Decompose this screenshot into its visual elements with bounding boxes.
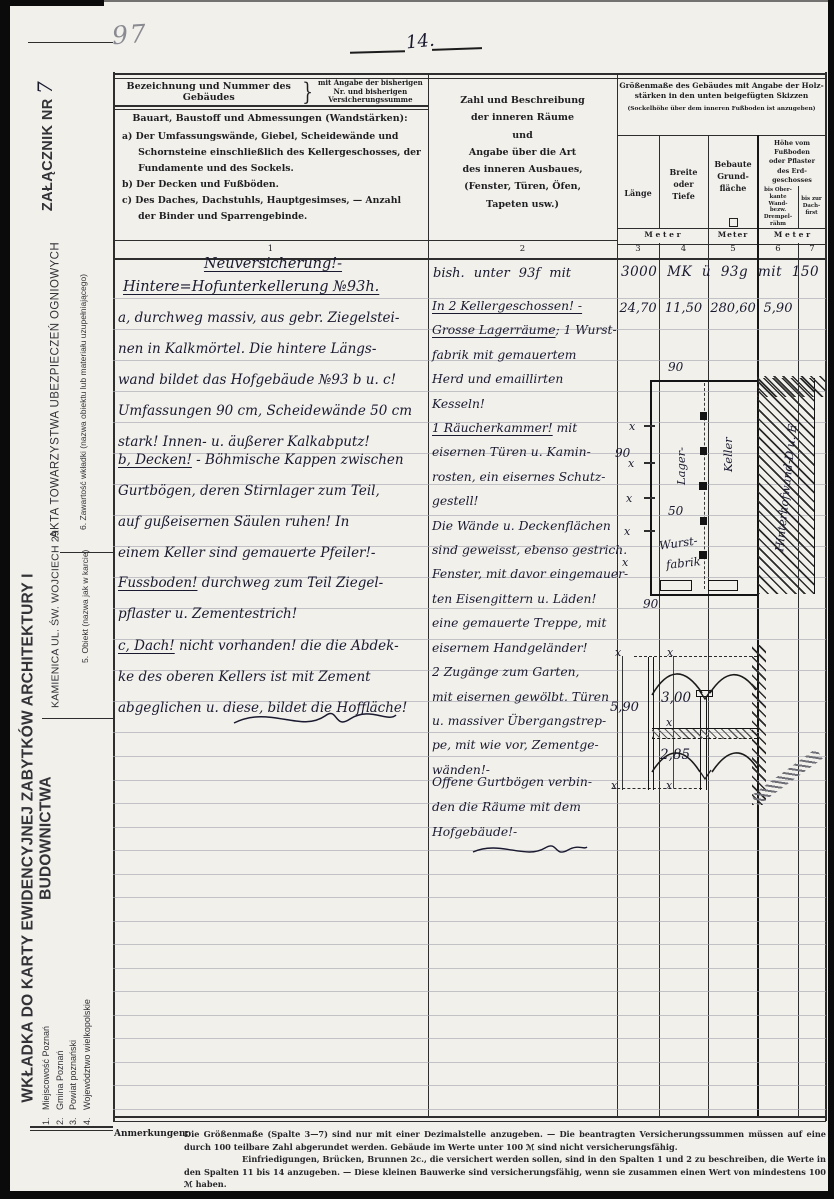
ruled-line: [113, 968, 826, 969]
col5-col6-divider: [757, 135, 759, 1116]
col67-header-line: oder Pflaster: [758, 157, 826, 166]
ruled-line: [113, 1109, 826, 1110]
col1-header-rule-a: [113, 105, 428, 107]
col3-header: Länge: [617, 188, 659, 198]
section-dim-height: 5,90: [610, 700, 639, 715]
section-x-mark-4: x: [611, 779, 617, 792]
section-x-mark-1: x: [615, 646, 621, 659]
col6-number: 6: [758, 244, 798, 254]
col6-header-line: rähm: [758, 221, 798, 228]
col5-header-line: Bebaute: [708, 158, 758, 170]
entry-fussboden-line: pflaster u. Zementestrich!: [118, 599, 426, 630]
entry-col2-line: Fenster, mit davor eingemauer-: [432, 562, 616, 586]
ruled-line: [113, 991, 826, 992]
col4-number: 4: [659, 244, 708, 254]
plan-wall-tick-1: [644, 425, 655, 427]
entry-b-line: einem Keller sind gemauerte Pfeiler!-: [118, 538, 426, 569]
flourish-col2: [470, 838, 590, 860]
table-top-rule-a: [113, 73, 826, 75]
plan-room-label-lager: Lager-: [674, 433, 688, 485]
col5-header: BebauteGrund-fläche: [708, 158, 758, 194]
col6-header-line: bis Ober-: [758, 187, 798, 194]
sidebar-divider-top: [28, 42, 113, 43]
entry-sum-row: 3000 MK ü 93g mit 150: [621, 264, 825, 280]
bauart-lines: a) Der Umfassungswände, Giebel, Scheidew…: [122, 129, 424, 225]
entry-col2-line: pe, mit wie vor, Zementge-: [432, 733, 616, 757]
col4-header-line: Breite: [659, 166, 708, 178]
col4-header-line: Tiefe: [659, 190, 708, 202]
col1-header-brace: }: [303, 78, 314, 106]
plan-wall-tick-3: [644, 497, 655, 499]
bauart-line: b) Der Decken und Fußböden.: [122, 177, 424, 193]
plan-x-mark-5: x: [622, 556, 628, 569]
entry-fussboden-line: Fussboden! durchweg zum Teil Ziegel-: [118, 568, 426, 599]
plan-x-mark-1: x: [629, 420, 635, 433]
ruled-line: [113, 1062, 826, 1063]
entry-b-line: b, Decken! - Böhmische Kappen zwischen: [118, 445, 426, 476]
ruled-line: [113, 874, 826, 875]
col2-header-line: Tapeten usw.): [432, 196, 613, 213]
entry-col2-main: In 2 Kellergeschossen! -Grosse Lagerräum…: [432, 294, 616, 782]
table-bottom-rule-b: [113, 1121, 826, 1122]
col2-header-line: Zahl und Beschreibung: [432, 92, 613, 109]
sidebar-item-6: 6. Zawartość wkładki (nazwa obiektu lub …: [78, 140, 90, 530]
col2-header-line: Angabe über die Art: [432, 144, 613, 161]
meter-top-rule: [617, 228, 826, 229]
bauart-line: Fundamente und des Sockels.: [122, 161, 424, 177]
plan-pier-4: [700, 517, 707, 525]
bauart-line: a) Der Umfassungswände, Giebel, Scheidew…: [122, 129, 424, 145]
entry-col2-end: Offene Gurtbögen verbin-den die Räume mi…: [432, 770, 616, 845]
col1-col2-divider: [428, 73, 429, 1118]
ruled-line: [113, 944, 826, 945]
sidebar-divider-bottom-b: [30, 1130, 113, 1131]
sidebar-location-items: 1. Miejscowość Poznań2. Gmina Poznań3. P…: [40, 935, 94, 1125]
section-x-mark-5: x: [666, 779, 672, 792]
plan-room-label-keller: Keller: [721, 422, 735, 472]
entry-col2-line: Herd und emaillirten: [432, 367, 616, 391]
entry-col2-end-line: Offene Gurtbögen verbin-: [432, 770, 616, 795]
ruled-line: [113, 921, 826, 922]
col6-header-line: kante: [758, 194, 798, 201]
col1-header-rule-b: [113, 109, 428, 110]
entry-a-line: nen in Kalkmörtel. Die hintere Längs-: [118, 334, 426, 365]
ruled-line: [113, 1015, 826, 1016]
ruled-line: [113, 1085, 826, 1086]
scan-edge-right: [828, 0, 834, 1199]
plan-dim-mid: 50: [668, 504, 683, 518]
entry-a-line: a, durchweg massiv, aus gebr. Ziegelstei…: [118, 303, 426, 334]
sidebar-item-5: 5. Obiekt (nazwa jak w karcie): [80, 513, 92, 663]
section-dim-upper: 3,00: [661, 690, 691, 706]
plan-x-mark-4: x: [624, 525, 630, 538]
attachment-label-text: ZAŁĄCZNIK NR: [40, 98, 56, 211]
entry-col2-end-line: den die Räume mit dem: [432, 795, 616, 820]
footer-para2: Einfriedigungen, Brücken, Brunnen 2c., d…: [184, 1153, 826, 1191]
sidebar-akta-title: AKTA TOWARZYSTWA UBEZPIECZEŃ OGNIOWYCH: [50, 223, 66, 558]
plan-x-mark-2: x: [628, 457, 634, 470]
bauart-line: Schornsteine einschließlich des Kellerge…: [122, 145, 424, 161]
col5-header-line: Grund-: [708, 170, 758, 182]
footer-para1: Die Größenmaße (Spalte 3—7) sind nur mit…: [184, 1128, 826, 1153]
entry-col2-line: fabrik mit gemauertem: [432, 343, 616, 367]
entry-col2-line: eine gemauerte Treppe, mit: [432, 611, 616, 635]
meter-label-67: M e t e r: [758, 230, 826, 239]
entry-b: b, Decken! - Böhmische Kappen zwischenGu…: [118, 445, 426, 569]
col5-number: 5: [708, 244, 758, 254]
entry-b-line: Gurtbögen, deren Stirnlager zum Teil,: [118, 476, 426, 507]
flourish-col1: [230, 703, 400, 733]
entry-a: a, durchweg massiv, aus gebr. Ziegelstei…: [118, 303, 426, 458]
entry-col2-line: 2 Zugänge zum Garten,: [432, 660, 616, 684]
size-subtitle: (Sockelhöhe über dem inneren Fußboden is…: [619, 104, 824, 114]
plan-hatched-top-strip: [757, 376, 826, 397]
entry-title-line: Hintere=Hofunterkellerung №93h.: [123, 276, 423, 299]
entry-note-row: bish. unter 93f mit: [433, 266, 615, 281]
size-header-rule: [617, 135, 826, 136]
col6-header-line: Drempel-: [758, 214, 798, 221]
sidebar-main-title: WKŁADKA DO KARTY EWIDENCYJNEJ ZABYTKÓW A…: [20, 531, 42, 1146]
col1-header: Bezeichnung und Nummer des Gebäudes } mi…: [117, 79, 425, 105]
value-grundflaeche: 280,60: [708, 301, 758, 316]
col7-header: bis zurDach-first: [798, 196, 825, 217]
col5-header-line: fläche: [708, 182, 758, 194]
plan-wall-tick-4: [644, 530, 655, 532]
entry-col2-line: eisernem Handgeländer!: [432, 636, 616, 660]
bauart-line: c) Des Daches, Dachstuhls, Hauptgesimses…: [122, 193, 424, 209]
plan-pier-3: [699, 482, 707, 490]
bauart-title: Bauart, Baustoff und Abmessungen (Wandst…: [120, 113, 420, 124]
entry-col2-line: gestell!: [432, 489, 616, 513]
size-header-title: Größenmaße des Gebäudes mit Angabe der H…: [619, 81, 824, 114]
meter-label-34: M e t e r: [617, 230, 708, 239]
col67-header-line: des Erd-: [758, 167, 826, 176]
entry-b-line: auf gußeisernen Säulen ruhen! In: [118, 507, 426, 538]
col6-header-line: bezw.: [758, 207, 798, 214]
entry-col2-line: 1 Räucherkammer! mit: [432, 416, 616, 440]
section-hatched-wall: [752, 645, 766, 805]
value-laenge: 24,70: [617, 301, 659, 316]
attachment-number-handwritten: 7: [33, 81, 57, 94]
pencil-number: 97: [111, 19, 149, 50]
entry-col2-line: In 2 Kellergeschossen! -: [432, 294, 616, 318]
entry-col2-line: Die Wände u. Deckenflächen: [432, 514, 616, 538]
col2-header-line: und: [432, 127, 613, 144]
section-x-mark-2: x: [667, 646, 673, 659]
col1-header-right: mit Angabe der bisherigen Nr. und bisher…: [316, 79, 425, 105]
sidebar-divider-bottom-a: [30, 1126, 113, 1128]
ruled-line: [113, 897, 826, 898]
plan-x-mark-3: x: [626, 492, 632, 505]
entry-col2-line: eisernen Türen u. Kamin-: [432, 440, 616, 464]
value-breite: 11,50: [659, 301, 708, 316]
section-vault-arcs: [610, 640, 830, 810]
sidebar-location-item: 4. Województwo wielkopolskie: [81, 935, 95, 1125]
sidebar-location-item: 1. Miejscowość Poznań: [40, 935, 54, 1125]
plan-opening-2: [708, 580, 738, 591]
col6-header: bis Ober-kanteWand-bezw.Drempel-rähm: [758, 187, 798, 228]
col7-header-line: Dach-: [798, 203, 825, 210]
col2-number: 2: [428, 244, 617, 254]
attachment-label: ZAŁĄCZNIK NR 7: [33, 71, 57, 221]
table-left-border: [113, 72, 115, 1121]
plan-dim-top: 90: [668, 360, 683, 374]
col67-header-line: geschosses: [758, 176, 826, 185]
entry-c-line: ke des oberen Kellers ist mit Zement: [118, 662, 426, 693]
col4-header: BreiteoderTiefe: [659, 166, 708, 202]
col4-col5-divider: [708, 135, 709, 1116]
section-dim-lower: 2,85: [660, 747, 690, 763]
scanned-insurance-form: ZAŁĄCZNIK NR 7 6. Zawartość wkładki (naz…: [0, 0, 834, 1199]
bauart-line: der Binder und Sparrengebinde.: [122, 209, 424, 225]
plan-opening-1: [660, 580, 692, 591]
plan-dim-bottom: 90: [643, 597, 658, 611]
col67-header-line: Höhe vom: [758, 139, 826, 148]
sidebar-divider-2: [42, 718, 113, 719]
entry-col2-line: mit eisernen gewölbt. Türen: [432, 685, 616, 709]
scan-edge-left: [0, 0, 10, 1199]
section-x-mark-3: x: [666, 716, 672, 729]
entry-c-line: c, Dach! nicht vorhanden! die die Abdek-: [118, 631, 426, 662]
entry-col2-line: ten Eisengittern u. Läden!: [432, 587, 616, 611]
col7-header-line: bis zur: [798, 196, 825, 203]
col2-header-line: der inneren Räume: [432, 109, 613, 126]
size-title-line1: Größenmaße des Gebäudes mit Angabe der H…: [619, 81, 824, 91]
entry-col2-line: Grosse Lagerräume; 1 Wurst-: [432, 318, 616, 342]
col1-header-left: Bezeichnung und Nummer des Gebäudes: [117, 81, 300, 104]
scan-edge-top-left: [0, 0, 104, 6]
plan-pier-1: [700, 412, 707, 420]
scan-edge-bottom: [0, 1191, 834, 1199]
col7-number: 7: [798, 244, 826, 254]
sidebar-location-item: 2. Gmina Poznań: [54, 935, 68, 1125]
sidebar-location-item: 3. Powiat poznański: [67, 935, 81, 1125]
sidebar-object-name: KAMIENICA UL. ŚW. WOJCIECH 29: [50, 527, 64, 712]
value-hoehe: 5,90: [758, 301, 798, 316]
col6-header-line: Wand-: [758, 201, 798, 208]
entry-fussboden: Fussboden! durchweg zum Teil Ziegel-pfla…: [118, 568, 426, 630]
footer-label: Anmerkungen:: [114, 1129, 189, 1139]
plan-pier-2: [700, 447, 707, 455]
footer-notes: Die Größenmaße (Spalte 3—7) sind nur mit…: [184, 1128, 826, 1191]
entry-a-line: Umfassungen 90 cm, Scheidewände 50 cm: [118, 396, 426, 427]
col2-header: Zahl und Beschreibungder inneren Räumeun…: [432, 92, 613, 213]
col7-header-line: first: [798, 210, 825, 217]
table-bottom-rule-a: [113, 1116, 826, 1118]
col4-header-line: oder: [659, 178, 708, 190]
ruled-line: [113, 1038, 826, 1039]
size-title-line2: stärken in den unten beigefügten Skizzen: [619, 91, 824, 101]
page-number-dash-left: [350, 50, 405, 53]
col67-header: Höhe vomFußbodenoder Pflasterdes Erd-ges…: [758, 139, 826, 185]
col2-header-line: (Fenster, Türen, Öfen,: [432, 178, 613, 195]
entry-a-line: wand bildet das Hofgebäude №93 b u. c!: [118, 365, 426, 396]
entry-title: Neuversicherung!-Hintere=Hofunterkelleru…: [123, 253, 423, 299]
entry-col2-line: u. massiver Übergangstrep-: [432, 709, 616, 733]
scan-edge-top: [0, 0, 834, 2]
entry-col2-line: Kesseln!: [432, 392, 616, 416]
col12-number-rule: [113, 240, 617, 241]
square-meter-icon: [729, 218, 738, 227]
entry-col2-line: sind geweisst, ebenso gestrich.: [432, 538, 616, 562]
entry-title-line: Neuversicherung!-: [123, 253, 423, 276]
col67-header-line: Fußboden: [758, 148, 826, 157]
page-number-dash-right: [432, 47, 482, 51]
plan-wall-tick-2: [644, 462, 655, 464]
col2-header-line: des inneren Ausbaues,: [432, 161, 613, 178]
entry-col2-line: rosten, ein eisernes Schutz-: [432, 465, 616, 489]
col3-number: 3: [617, 244, 659, 254]
meter-label-5: Meter: [708, 230, 758, 239]
